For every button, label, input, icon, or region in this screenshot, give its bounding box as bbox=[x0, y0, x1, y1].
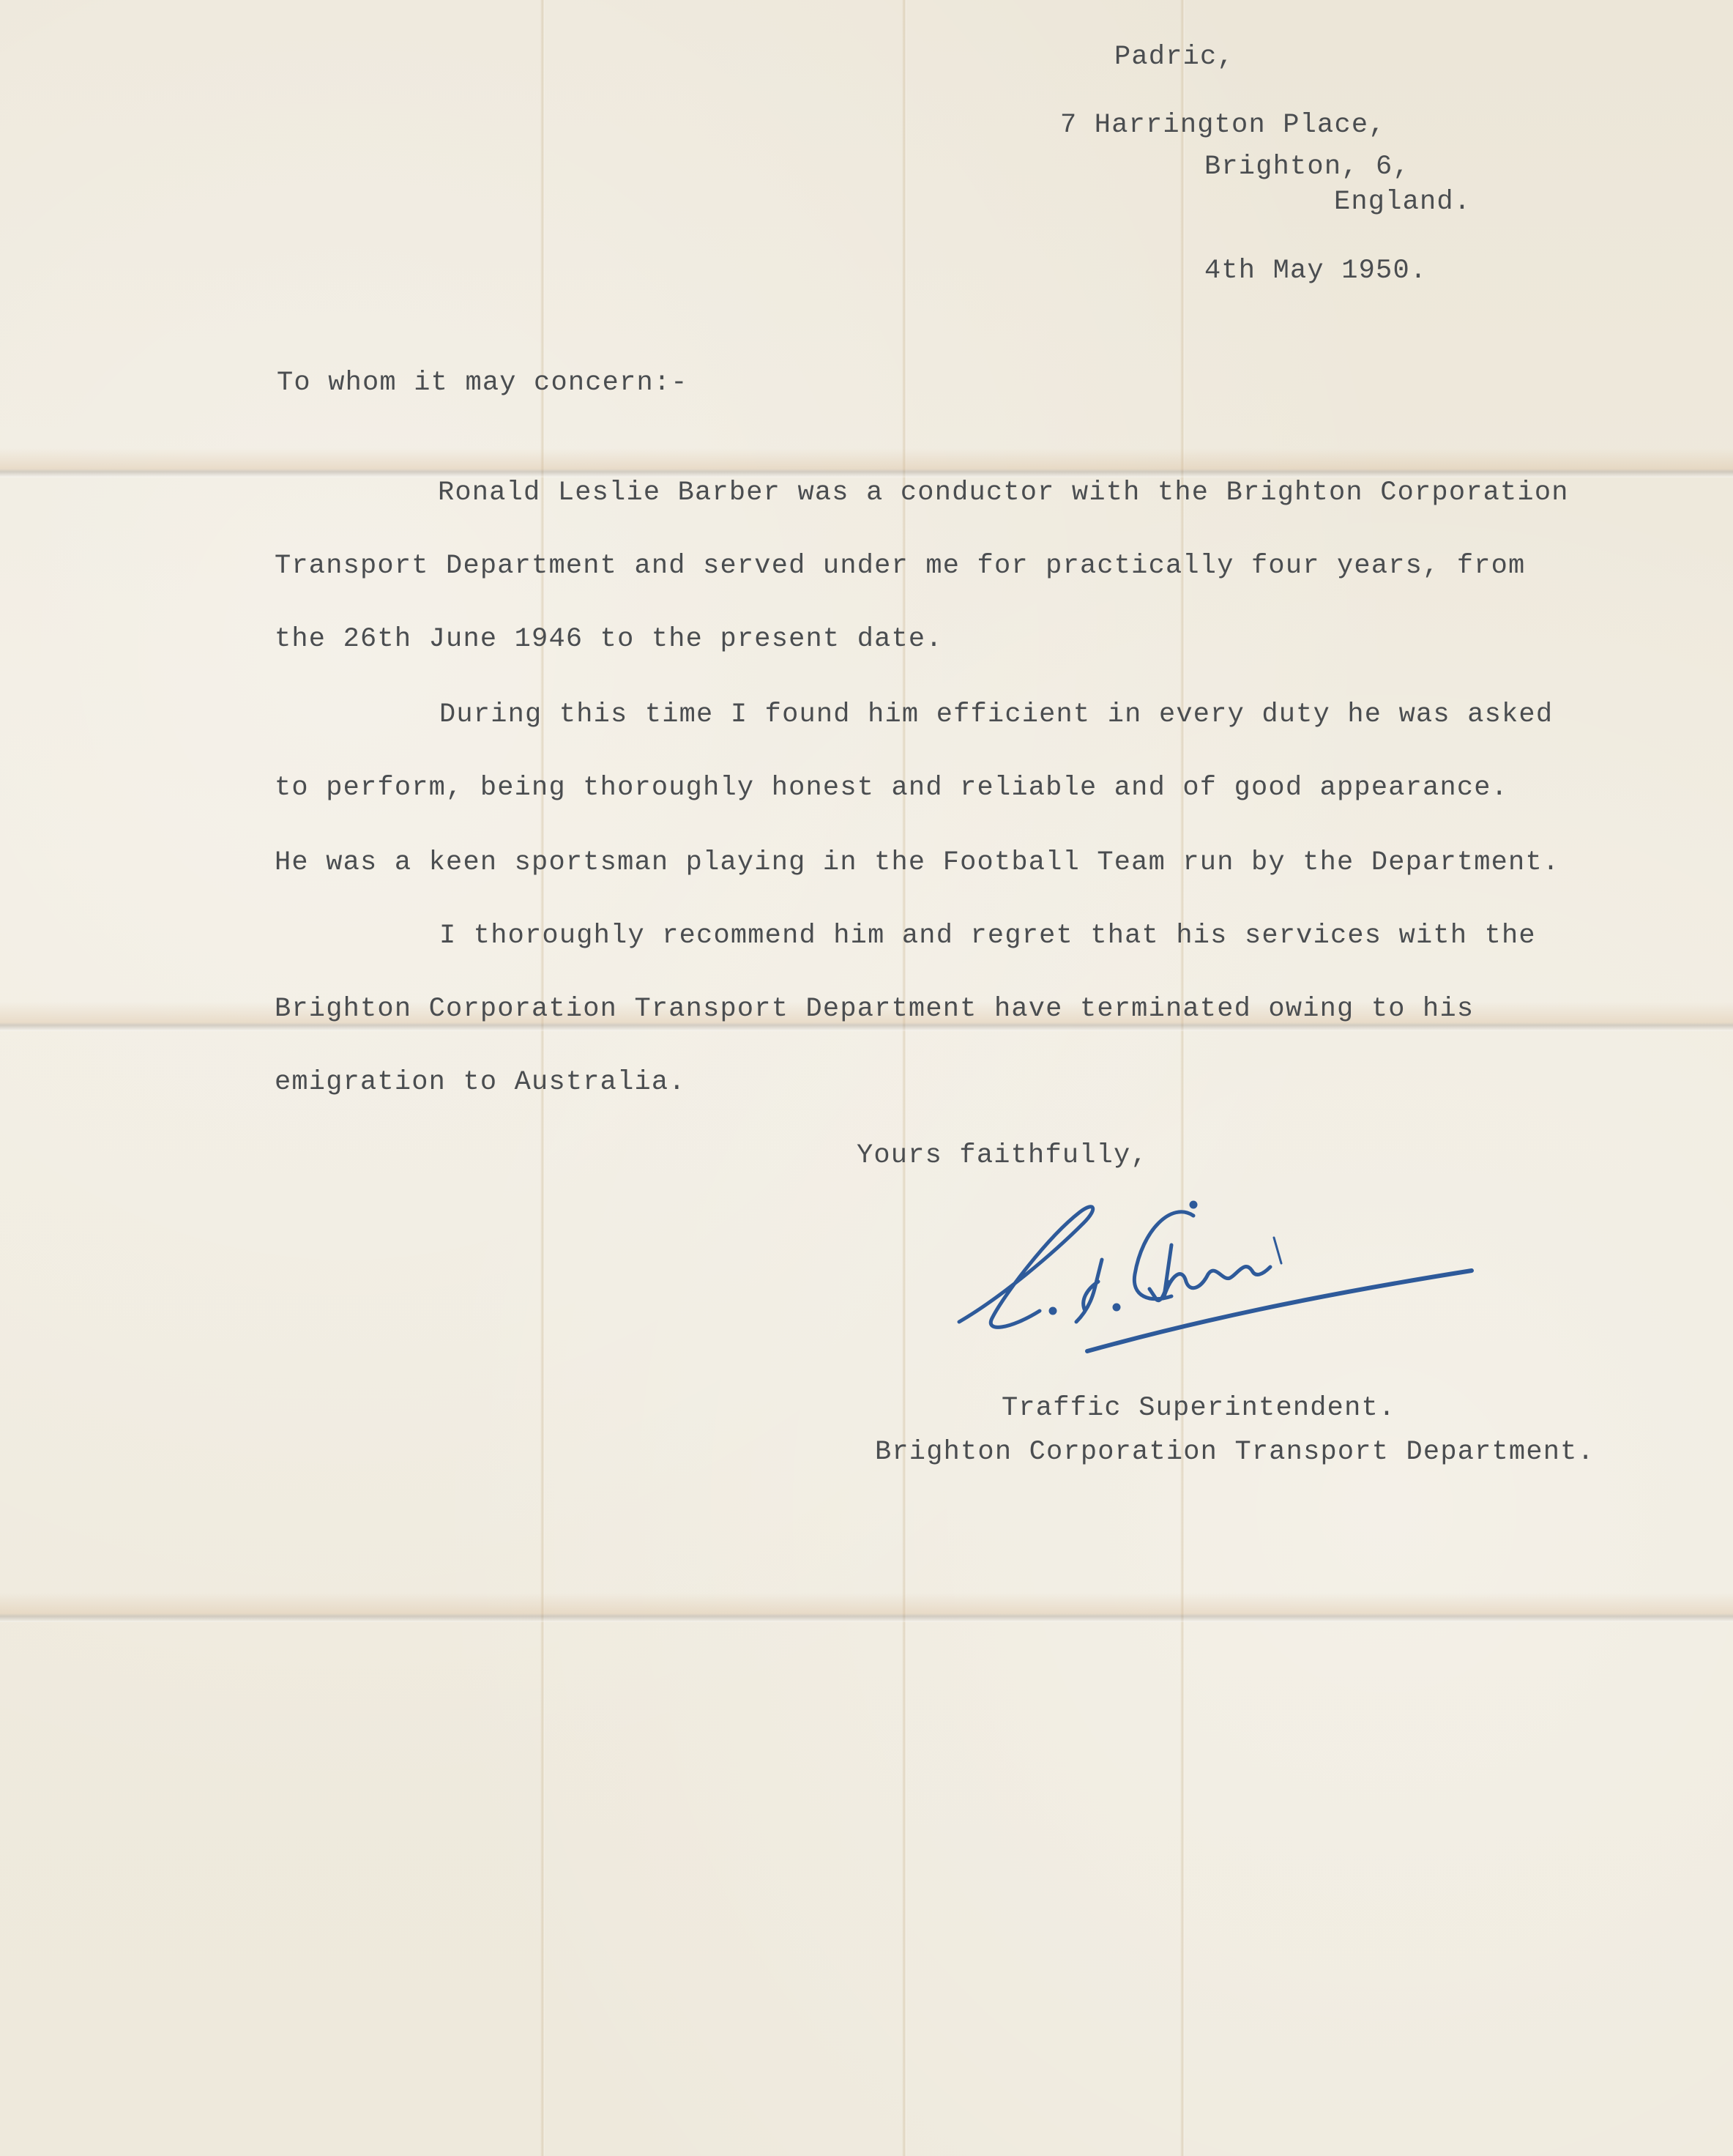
fold-line-vertical bbox=[1180, 0, 1185, 2156]
salutation: To whom it may concern:- bbox=[277, 370, 688, 397]
signature bbox=[930, 1172, 1589, 1406]
fold-line-vertical bbox=[902, 0, 906, 2156]
address-line-street: 7 Harrington Place, bbox=[1060, 112, 1386, 139]
letter-date: 4th May 1950. bbox=[1204, 258, 1427, 285]
body-line: emigration to Australia. bbox=[275, 1069, 686, 1096]
address-line-country: England. bbox=[1334, 189, 1471, 216]
fold-line-horizontal bbox=[0, 1593, 1733, 1622]
address-line-town: Brighton, 6, bbox=[1204, 154, 1410, 181]
paper-background bbox=[0, 0, 1733, 2156]
body-line: He was a keen sportsman playing in the F… bbox=[275, 850, 1559, 877]
fold-line-horizontal bbox=[0, 448, 1733, 477]
closing: Yours faithfully, bbox=[857, 1142, 1148, 1170]
address-line-house: Padric, bbox=[1114, 44, 1234, 71]
body-line: During this time I found him efficient i… bbox=[439, 702, 1553, 729]
body-line: Brighton Corporation Transport Departmen… bbox=[275, 996, 1474, 1023]
body-line: Ronald Leslie Barber was a conductor wit… bbox=[438, 480, 1569, 507]
body-line: Transport Department and served under me… bbox=[275, 553, 1525, 580]
body-line: the 26th June 1946 to the present date. bbox=[275, 626, 943, 653]
body-line: I thoroughly recommend him and regret th… bbox=[439, 923, 1536, 950]
signatory-title: Traffic Superintendent. bbox=[1002, 1395, 1395, 1422]
body-line: to perform, being thoroughly honest and … bbox=[275, 775, 1508, 802]
signatory-department: Brighton Corporation Transport Departmen… bbox=[875, 1439, 1595, 1466]
